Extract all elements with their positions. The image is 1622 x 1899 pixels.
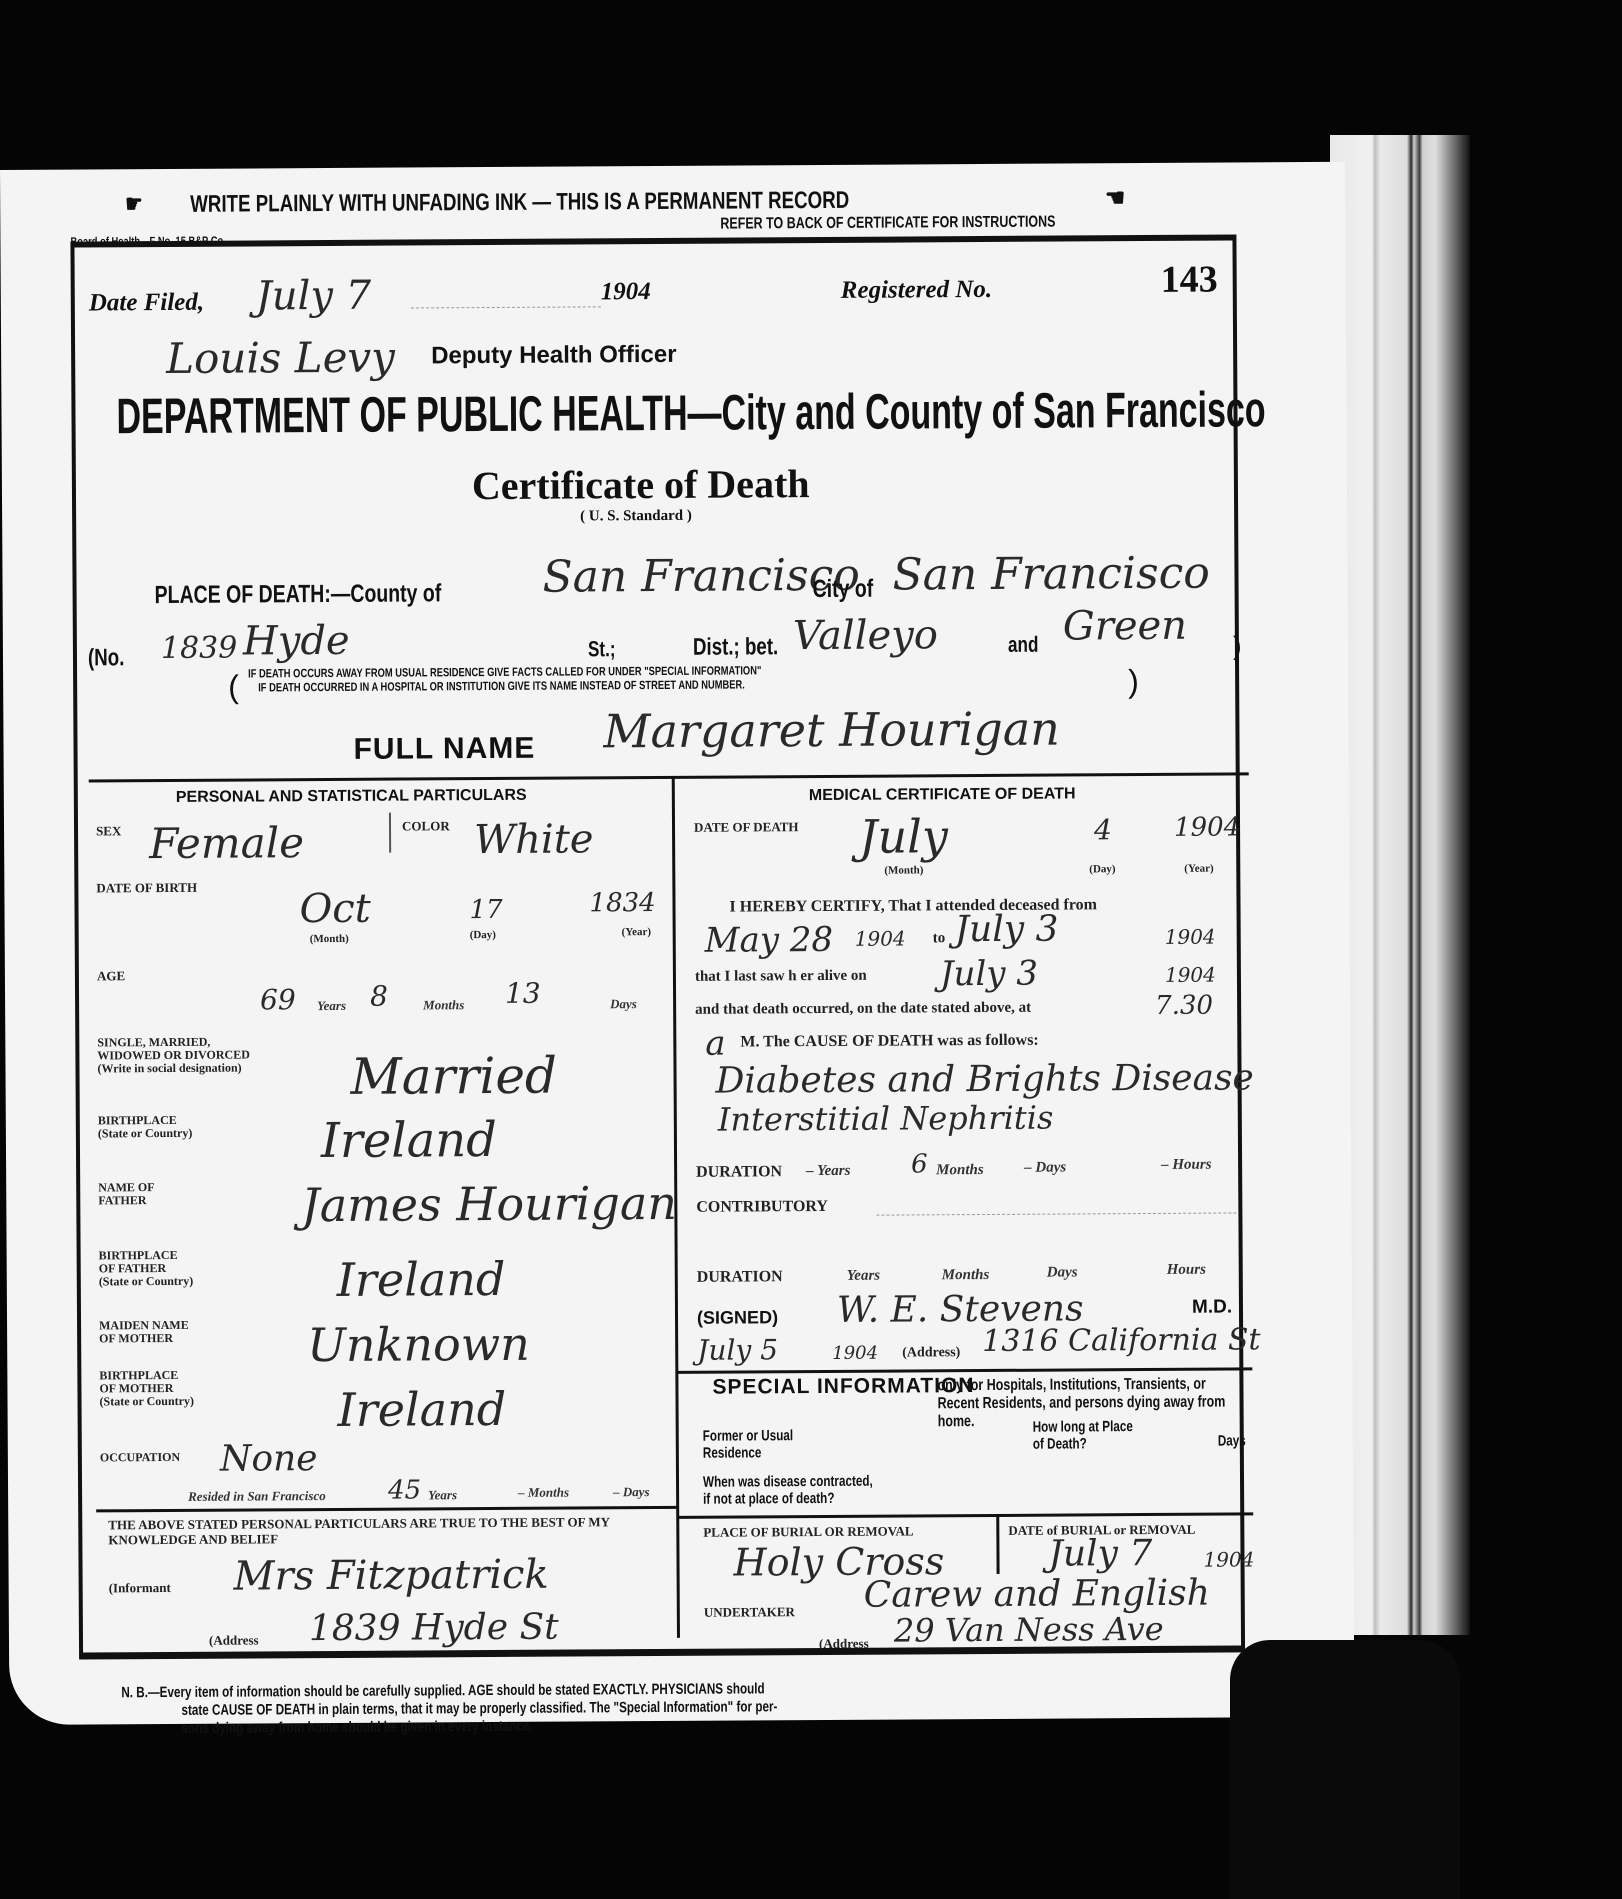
hand-pointer-icon: ☛ [125, 189, 143, 219]
father-birthplace: Ireland [337, 1252, 506, 1307]
color-label: COLOR [402, 819, 450, 832]
ink-warning: WRITE PLAINLY WITH UNFADING INK — THIS I… [190, 187, 849, 219]
informant-name: Mrs Fitzpatrick [233, 1552, 548, 1600]
us-standard: ( U. S. Standard ) [580, 508, 692, 526]
hand-pointer-icon: ☛ [1105, 183, 1125, 213]
how-long-label: How long at Place of Death? [1033, 1418, 1135, 1453]
occupation-value: None [220, 1438, 318, 1480]
duration-label: DURATION [696, 1165, 782, 1179]
dob-day: 17 [469, 895, 502, 925]
full-name-value: Margaret Hourigan [603, 702, 1060, 759]
place-note-2: IF DEATH OCCURRED IN A HOSPITAL OR INSTI… [258, 677, 745, 694]
street-name: Hyde [243, 618, 350, 665]
footer-note-2: state CAUSE OF DEATH in plain terms, tha… [181, 1698, 777, 1719]
resided-days: – Days [613, 1484, 650, 1500]
informant-address: 1839 Hyde St [309, 1607, 559, 1650]
undertaker-label: UNDERTAKER [704, 1605, 795, 1619]
father-name: James Hourigan [301, 1176, 677, 1232]
special-info-heading: SPECIAL INFORMATION [712, 1374, 974, 1400]
certificate-title: Certificate of Death [472, 460, 810, 509]
dist-label: Dist.; bet. [693, 633, 778, 662]
registered-number: 143 [1161, 258, 1218, 302]
sex-value: Female [149, 818, 304, 868]
age-label: AGE [97, 969, 125, 982]
resided-years: 45 [388, 1475, 421, 1505]
dob-year: 1834 [589, 888, 655, 918]
last-saw-text: that I last saw h er alive on [695, 970, 867, 984]
no-label: (No. [88, 644, 125, 672]
between-street-1: Valleyo [793, 612, 938, 659]
md-label: M.D. [1192, 1296, 1232, 1318]
officer-title: Deputy Health Officer [431, 341, 677, 370]
dob-month: Oct [299, 886, 371, 932]
time-of-death: 7.30 [1155, 991, 1213, 1021]
former-residence-label: Former or Usual Residence [703, 1427, 797, 1462]
attended-to: July 3 [955, 909, 1059, 951]
date-filed-value: July 7 [256, 273, 372, 320]
refer-instructions: REFER TO BACK OF CERTIFICATE FOR INSTRUC… [720, 214, 1055, 234]
cause-text: M. The CAUSE OF DEATH was as follows: [740, 1034, 1038, 1049]
place-of-death-label: PLACE OF DEATH:—County of [155, 579, 442, 610]
date-filed-year: 1904 [601, 278, 651, 306]
street-number: 1839 [161, 631, 238, 666]
resided-months: – Months [518, 1485, 569, 1501]
sex-label: SEX [96, 824, 121, 837]
and-label: and [1008, 632, 1039, 658]
mother-birthplace: Ireland [337, 1382, 506, 1437]
last-saw-date: July 3 [940, 954, 1038, 995]
city-value: San Francisco [892, 548, 1210, 601]
st-label: St.; [588, 636, 616, 662]
footer-note-3: sons dying away from home should be give… [181, 1718, 532, 1737]
signed-date: July 5 [697, 1333, 778, 1366]
registered-label: Registered No. [841, 276, 993, 305]
death-certificate-page: ☛ WRITE PLAINLY WITH UNFADING INK — THIS… [0, 162, 1354, 1725]
undertaker-address: 29 Van Ness Ave [894, 1610, 1164, 1650]
cause-of-death-1: Diabetes and Brights Disease [715, 1057, 1253, 1101]
burial-place-label: PLACE OF BURIAL OR REMOVAL [703, 1524, 913, 1538]
dob-label: DATE OF BIRTH [96, 881, 197, 895]
burial-date: July 7 [1048, 1533, 1152, 1575]
department-title: DEPARTMENT OF PUBLIC HEALTH—City and Cou… [116, 380, 1265, 445]
physician-address: 1316 California St [982, 1322, 1261, 1359]
thumb-shadow [1230, 1640, 1460, 1899]
personal-heading: PERSONAL AND STATISTICAL PARTICULARS [176, 787, 527, 807]
signed-label: (SIGNED) [697, 1307, 778, 1328]
dod-month: July [859, 809, 948, 864]
dod-year: 1904 [1174, 812, 1240, 842]
age-days: 13 [505, 977, 541, 1010]
city-label: City of [812, 575, 873, 604]
contributory-label: CONTRIBUTORY [696, 1200, 828, 1214]
cause-of-death-2: Interstitial Nephritis [718, 1099, 1054, 1139]
dod-day: 4 [1094, 813, 1112, 846]
am-pm: a [705, 1024, 726, 1064]
dod-label: DATE OF DEATH [694, 820, 799, 834]
age-months: 8 [370, 980, 388, 1013]
disease-contracted-label: When was disease contracted, if not at p… [703, 1473, 883, 1508]
age-years: 69 [260, 983, 296, 1016]
medical-heading: MEDICAL CERTIFICATE OF DEATH [809, 785, 1076, 805]
attended-from: May 28 [705, 920, 834, 961]
occupation-label: OCCUPATION [100, 1451, 180, 1464]
full-name-label: FULL NAME [353, 732, 535, 767]
officer-signature: Louis Levy [166, 333, 395, 383]
burial-year: 1904 [1203, 1547, 1254, 1571]
birthplace-value: Ireland [321, 1112, 497, 1169]
informant-attestation: THE ABOVE STATED PERSONAL PARTICULARS AR… [108, 1514, 668, 1547]
between-street-2: Green [1063, 603, 1187, 650]
occurred-text: and that death occurred, on the date sta… [695, 1002, 1031, 1017]
duration-months: 6 [911, 1149, 928, 1179]
marital-status: Married [350, 1047, 557, 1106]
mother-maiden-name: Unknown [307, 1317, 530, 1372]
date-filed-label: Date Filed, [89, 289, 204, 318]
color-value: White [474, 816, 594, 863]
